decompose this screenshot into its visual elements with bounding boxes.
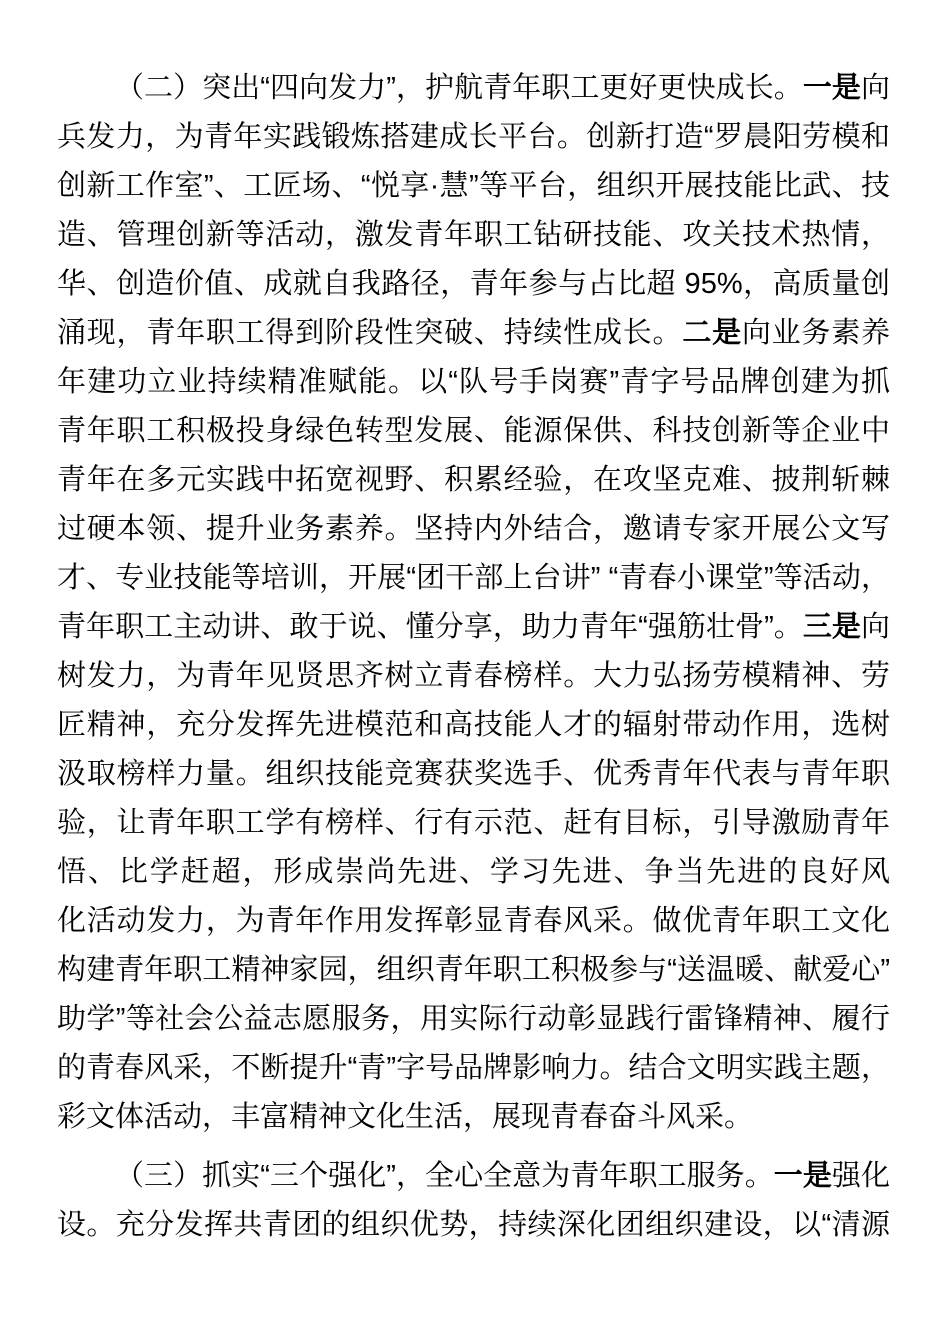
text-line: 化活动发力，为青年作用发挥彰显青春风采。做优青年职工文化展示平台，: [57, 897, 890, 946]
body-text-segment: 过硬本领、提升业务素养。坚持内外结合，邀请专家开展公文写作、演讲口: [57, 513, 890, 554]
text-line: 助学”等社会公益志愿服务，用实际行动彰显践行雷锋精神、履行央企责任: [57, 995, 890, 1044]
body-text-segment: 年建功立业持续精准赋能。以“队号手岗赛”青字号品牌创建为抓手，引导: [57, 366, 890, 407]
body-text-segment: （三）抓实“三个强化”，全心全意为青年职工服务。: [115, 1160, 774, 1192]
body-text-segment: 造、管理创新等活动，激发青年职工钻研技能、攻关技术热情，拓宽施展才: [57, 219, 890, 260]
text-line: 造、管理创新等活动，激发青年职工钻研技能、攻关技术热情，拓宽施展才: [57, 211, 890, 260]
text-line: 年建功立业持续精准赋能。以“队号手岗赛”青字号品牌创建为抓手，引导: [57, 358, 890, 407]
body-text-segment: 的青春风采，不断提升“青”字号品牌影响力。结合文明实践主题，组织多: [57, 1052, 890, 1093]
text-line: 才、专业技能等培训，开展“团干部上台讲” “青春小课堂”等活动，鼓励: [57, 554, 890, 603]
text-line: 汲取榜样力量。组织技能竞赛获奖选手、优秀青年代表与青年职工交流经: [57, 750, 890, 799]
text-line: 的青春风采，不断提升“青”字号品牌影响力。结合文明实践主题，组织多: [57, 1044, 890, 1093]
body-text-segment: 助学”等社会公益志愿服务，用实际行动彰显践行雷锋精神、履行央企责任: [57, 1003, 890, 1044]
paragraph-two: （二）突出“四向发力”，护航青年职工更好更快成长。一是向岗位练兵发力，为青年实践…: [57, 64, 890, 1142]
text-line: 兵发力，为青年实践锻炼搭建成长平台。创新打造“罗晨阳劳模和工匠人才: [57, 113, 890, 162]
text-line: 青年职工主动讲、敢于说、懂分享，助力青年“强筋壮骨”。三是向典型选: [57, 603, 890, 652]
text-line: 构建青年职工精神家园，组织青年职工积极参与“送温暖、献爱心” “捐资: [57, 946, 890, 995]
body-text-segment: 青年职工积极投身绿色转型发展、能源保供、科技创新等企业中心工作，让: [57, 415, 890, 456]
body-text-segment: 华、创造价值、成就自我路径，青年参与占比超 95%，高质量创新成果不断: [57, 268, 890, 309]
body-text-segment: 化活动发力，为青年作用发挥彰显青春风采。做优青年职工文化展示平台，: [57, 905, 890, 946]
body-text-segment: 悟、比学赶超，形成崇尚先进、学习先进、争当先进的良好风尚。: [57, 856, 890, 897]
text-line: （三）抓实“三个强化”，全心全意为青年职工服务。一是强化组织建: [57, 1152, 890, 1201]
text-line: 涌现，青年职工得到阶段性突破、持续性成长。二是向业务素养发力，为青: [57, 309, 890, 358]
body-text-segment: 涌现，青年职工得到阶段性突破、持续性成长。: [57, 317, 682, 349]
text-line: 过硬本领、提升业务素养。坚持内外结合，邀请专家开展公文写作、演讲口: [57, 505, 890, 554]
body-text-segment: 匠精神，充分发挥先进模范和高技能人才的辐射带动作用，选树先进典型，: [57, 709, 890, 750]
body-text-segment: 验，让青年职工学有榜样、行有示范、赶有目标，引导激励青年职工学思践: [57, 807, 890, 848]
text-line: 彩文体活动，丰富精神文化生活，展现青春奋斗风采。: [57, 1093, 890, 1142]
body-text-segment: 才、专业技能等培训，开展“团干部上台讲” “青春小课堂”等活动，鼓励: [57, 562, 890, 603]
text-line: 华、创造价值、成就自我路径，青年参与占比超 95%，高质量创新成果不断: [57, 260, 890, 309]
body-text-segment: 青年在多元实践中拓宽视野、积累经验，在攻坚克难、披荆斩棘过程中锤炼: [57, 464, 890, 505]
body-text-segment: 汲取榜样力量。组织技能竞赛获奖选手、优秀青年代表与青年职工交流经: [57, 758, 890, 799]
body-text-segment: 创新工作室”、工匠场、“悦享·慧”等平台，组织开展技能比武、技术改: [57, 170, 890, 211]
text-line: （二）突出“四向发力”，护航青年职工更好更快成长。一是向岗位练: [57, 64, 890, 113]
bold-marker-text: 三是: [803, 611, 861, 643]
body-text-segment: 构建青年职工精神家园，组织青年职工积极参与“送温暖、献爱心” “捐资: [57, 954, 890, 995]
text-line: 青年职工积极投身绿色转型发展、能源保供、科技创新等企业中心工作，让: [57, 407, 890, 456]
body-text-segment: （二）突出“四向发力”，护航青年职工更好更快成长。: [115, 72, 803, 104]
text-line: 青年在多元实践中拓宽视野、积累经验，在攻坚克难、披荆斩棘过程中锤炼: [57, 456, 890, 505]
document-page: { "page": { "background_color": "#ffffff…: [0, 0, 950, 1344]
text-line: 匠精神，充分发挥先进模范和高技能人才的辐射带动作用，选树先进典型，: [57, 701, 890, 750]
body-text-segment: 树发力，为青年见贤思齐树立青春榜样。大力弘扬劳模精神、劳动精神、工: [57, 660, 890, 701]
text-line: 悟、比学赶超，形成崇尚先进、学习先进、争当先进的良好风尚。四是向文: [57, 848, 890, 897]
body-text-segment: 兵发力，为青年实践锻炼搭建成长平台。创新打造“罗晨阳劳模和工匠人才: [57, 121, 890, 162]
text-line: 树发力，为青年见贤思齐树立青春榜样。大力弘扬劳模精神、劳动精神、工: [57, 652, 890, 701]
document-body: （二）突出“四向发力”，护航青年职工更好更快成长。一是向岗位练兵发力，为青年实践…: [0, 0, 950, 1344]
bold-marker-text: 二是: [682, 317, 742, 349]
text-line: 设。充分发挥共青团的组织优势，持续深化团组织建设，以“清源团青”品: [57, 1201, 890, 1250]
body-text-segment: 青年职工主动讲、敢于说、懂分享，助力青年“强筋壮骨”。: [57, 611, 803, 643]
paragraph-three: （三）抓实“三个强化”，全心全意为青年职工服务。一是强化组织建设。充分发挥共青团…: [57, 1152, 890, 1250]
text-line: 验，让青年职工学有榜样、行有示范、赶有目标，引导激励青年职工学思践: [57, 799, 890, 848]
bold-marker-text: 一是: [803, 72, 861, 104]
bold-marker-text: 一是: [774, 1160, 832, 1192]
body-text-segment: 彩文体活动，丰富精神文化生活，展现青春奋斗风采。: [57, 1101, 753, 1133]
text-line: 创新工作室”、工匠场、“悦享·慧”等平台，组织开展技能比武、技术改: [57, 162, 890, 211]
body-text-segment: 设。充分发挥共青团的组织优势，持续深化团组织建设，以“清源团青”品: [57, 1209, 890, 1250]
